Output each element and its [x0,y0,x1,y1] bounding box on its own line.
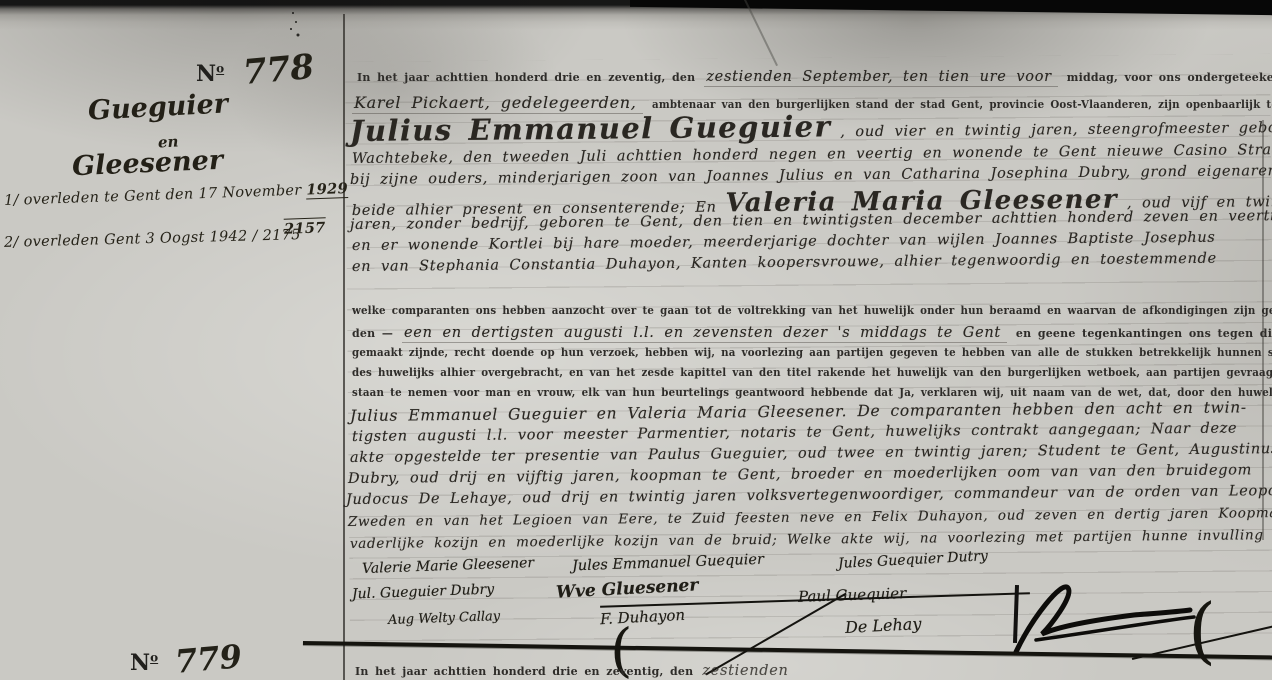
scanned-marriage-register-page: { "margin": { "no_label": "N", "no_sup":… [0,0,1272,680]
next-act-hand-date-partial: zestienden [702,663,788,678]
next-record-number-value: 779 [174,637,244,680]
act-printed-text: des huwelijks alhier overgebracht, en va… [352,366,1272,379]
death-annotation-2: 2/ overleden Gent 3 Oogst 1942 / 2175 [4,227,301,251]
next-record-number: No 779 [130,640,242,678]
column-divider [343,14,345,680]
next-record-number-label: No [130,650,158,676]
act-hand-groom-name: Julius Emmanuel Gueguier [350,109,832,148]
act-printed-text: staan te nemen voor man en vrouw, elk va… [352,386,1272,399]
act-printed-text: middag, voor ons ondergeteekenden [1067,71,1272,84]
next-act-printed-text: In het jaar achttien honderd drie en zev… [355,665,693,678]
record-number-value: 778 [242,47,316,93]
record-number-label: No [196,61,224,87]
act-line-printed-paragraph: staan te nemen voor man en vrouw, elk va… [352,386,1272,399]
signature-witness: De Lehay [845,614,922,637]
signature-witness: Paul Guequier [798,584,907,606]
act-hand-date: zestienden September, ten tien ure voor [704,69,1057,87]
margin-bride-name: Gleesener [71,145,223,183]
act-line-printed-paragraph: welke comparanten ons hebben aanzocht ov… [352,304,1272,317]
next-act-opening: In het jaar achttien honderd drie en zev… [355,663,789,678]
act-printed-text: welke comparanten ons hebben aanzocht ov… [352,304,1272,317]
act-line-printed-paragraph: des huwelijks alhier overgebracht, en va… [352,366,1272,379]
act-printed-text: en geene tegenkantingen ons tegen dit hu… [1016,327,1272,340]
act-hand-text: , oud vier en twintig jaren, steengrofme… [840,120,1272,141]
act-hand-banns-date: een en dertigsten augusti l.l. en zevens… [402,325,1007,343]
record-number: No 778 [196,50,314,90]
death-annotation-1: 1/ overleden te Gent den 17 November 192… [4,180,348,209]
death-annotation-1-year: 1929 [306,180,348,199]
margin-groom-name: Gueguier [87,88,228,126]
act-printed-text: In het jaar achttien honderd drie en zev… [357,71,695,84]
official-signature-flourish [1002,572,1202,660]
act-line-printed-paragraph: gemaakt zijnde, recht doende op hun verz… [352,346,1272,359]
act-printed-text: den — [352,327,393,340]
act-line-opening: In het jaar achttien honderd drie en zev… [357,69,1272,87]
ink-speckles [292,12,294,14]
act-line-banns-date: den — een en dertigsten augusti l.l. en … [352,325,1272,343]
act-printed-text: gemaakt zijnde, recht doende op hun verz… [352,346,1272,359]
